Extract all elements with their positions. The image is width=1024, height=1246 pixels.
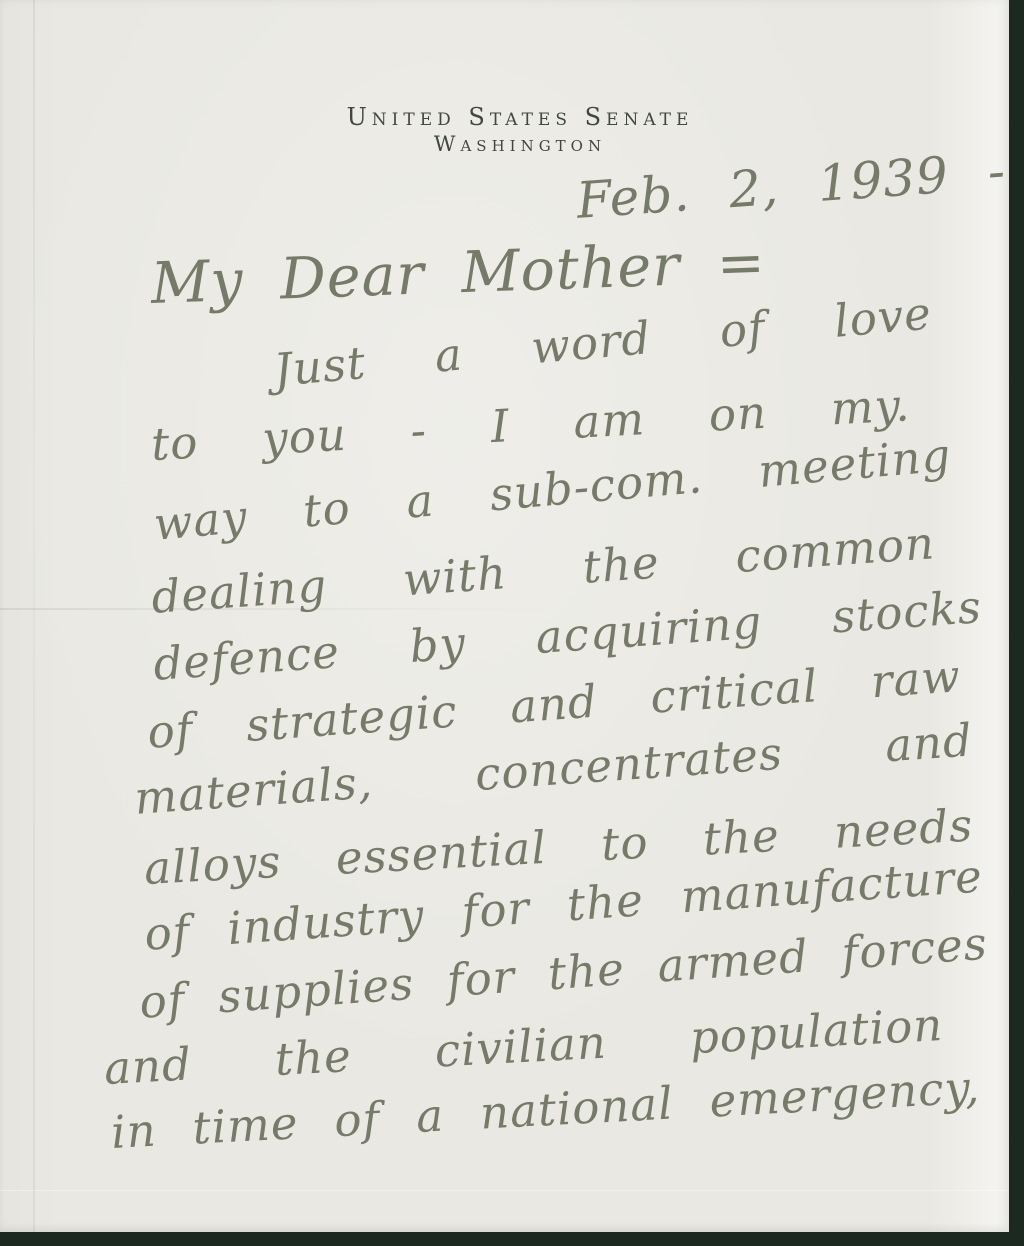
scan-background: United States Senate Washington Feb. 2, … [0,0,1024,1246]
letterhead-organization: United States Senate [0,104,1024,130]
vertical-fold-line [33,0,35,1232]
paper-edge-highlight [0,1190,1009,1191]
letter-paper: United States Senate Washington Feb. 2, … [0,0,1009,1232]
handwritten-greeting: My Dear Mother = [150,235,767,313]
